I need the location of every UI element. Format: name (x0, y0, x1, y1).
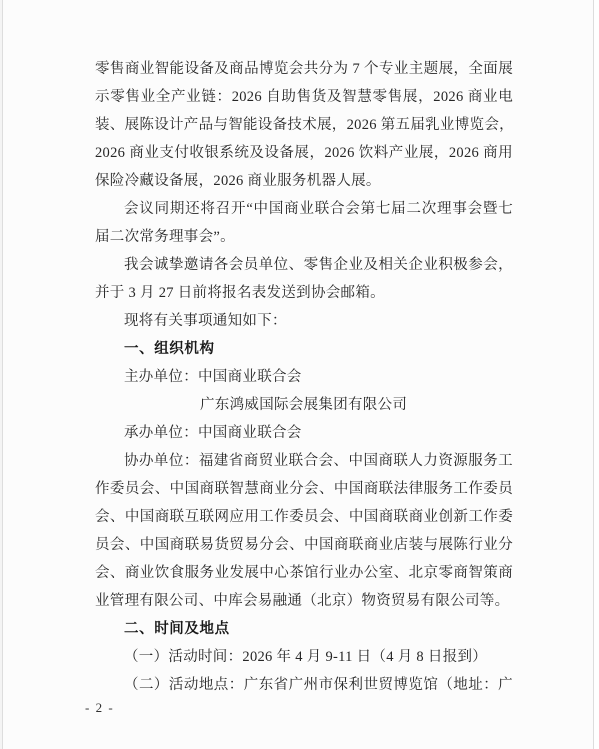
page-number: - 2 - (85, 700, 114, 716)
document-line: 员会、中国商联易货贸易分会、中国商联商业店装与展陈行业分 (95, 531, 513, 559)
section-heading: 二、时间及地点 (95, 615, 513, 643)
document-line: 主办单位：中国商业联合会 (95, 363, 513, 391)
document-line: 届二次常务理事会”。 (95, 223, 513, 251)
document-line: 会、商业饮食服务业发展中心茶馆行业办公室、北京零商智策商 (95, 559, 513, 587)
document-line: 零售商业智能设备及商品博览会共分为 7 个专业主题展，全面展 (95, 55, 513, 83)
document-line: 示零售业全产业链：2026 自助售货及智慧零售展，2026 商业电 (95, 83, 513, 111)
document-line: 装、展陈设计产品与智能设备技术展，2026 第五届乳业博览会， (95, 111, 513, 139)
page-right-edge-strip (594, 0, 599, 749)
document-line: 协办单位：福建省商贸业联合会、中国商联人力资源服务工 (95, 447, 513, 475)
document-line: 我会诚挚邀请各会员单位、零售企业及相关企业积极参会， (95, 251, 513, 279)
page-left-edge-line (2, 0, 3, 749)
document-line: （一）活动时间：2026 年 4 月 9-11 日（4 月 8 日报到） (95, 643, 513, 671)
document-line: 2026 商业支付收银系统及设备展，2026 饮料产业展，2026 商用 (95, 139, 513, 167)
document-line: 作委员会、中国商联智慧商业分会、中国商联法律服务工作委员 (95, 475, 513, 503)
document-line: 广东鸿威国际会展集团有限公司 (95, 391, 513, 419)
document-line: 保险冷藏设备展，2026 商业服务机器人展。 (95, 167, 513, 195)
document-line: 现将有关事项通知如下： (95, 307, 513, 335)
section-heading: 一、组织机构 (95, 335, 513, 363)
document-body: 零售商业智能设备及商品博览会共分为 7 个专业主题展，全面展示零售业全产业链：2… (95, 55, 513, 699)
document-line: （二）活动地点：广东省广州市保利世贸博览馆（地址：广 (95, 671, 513, 699)
document-line: 会议同期还将召开“中国商业联合会第七届二次理事会暨七 (95, 195, 513, 223)
document-line: 并于 3 月 27 日前将报名表发送到协会邮箱。 (95, 279, 513, 307)
document-line: 承办单位：中国商业联合会 (95, 419, 513, 447)
document-line: 会、中国商联互联网应用工作委员会、中国商联商业创新工作委 (95, 503, 513, 531)
document-line: 业管理有限公司、中库会易融通（北京）物资贸易有限公司等。 (95, 587, 513, 615)
document-page: 零售商业智能设备及商品博览会共分为 7 个专业主题展，全面展示零售业全产业链：2… (0, 0, 599, 749)
